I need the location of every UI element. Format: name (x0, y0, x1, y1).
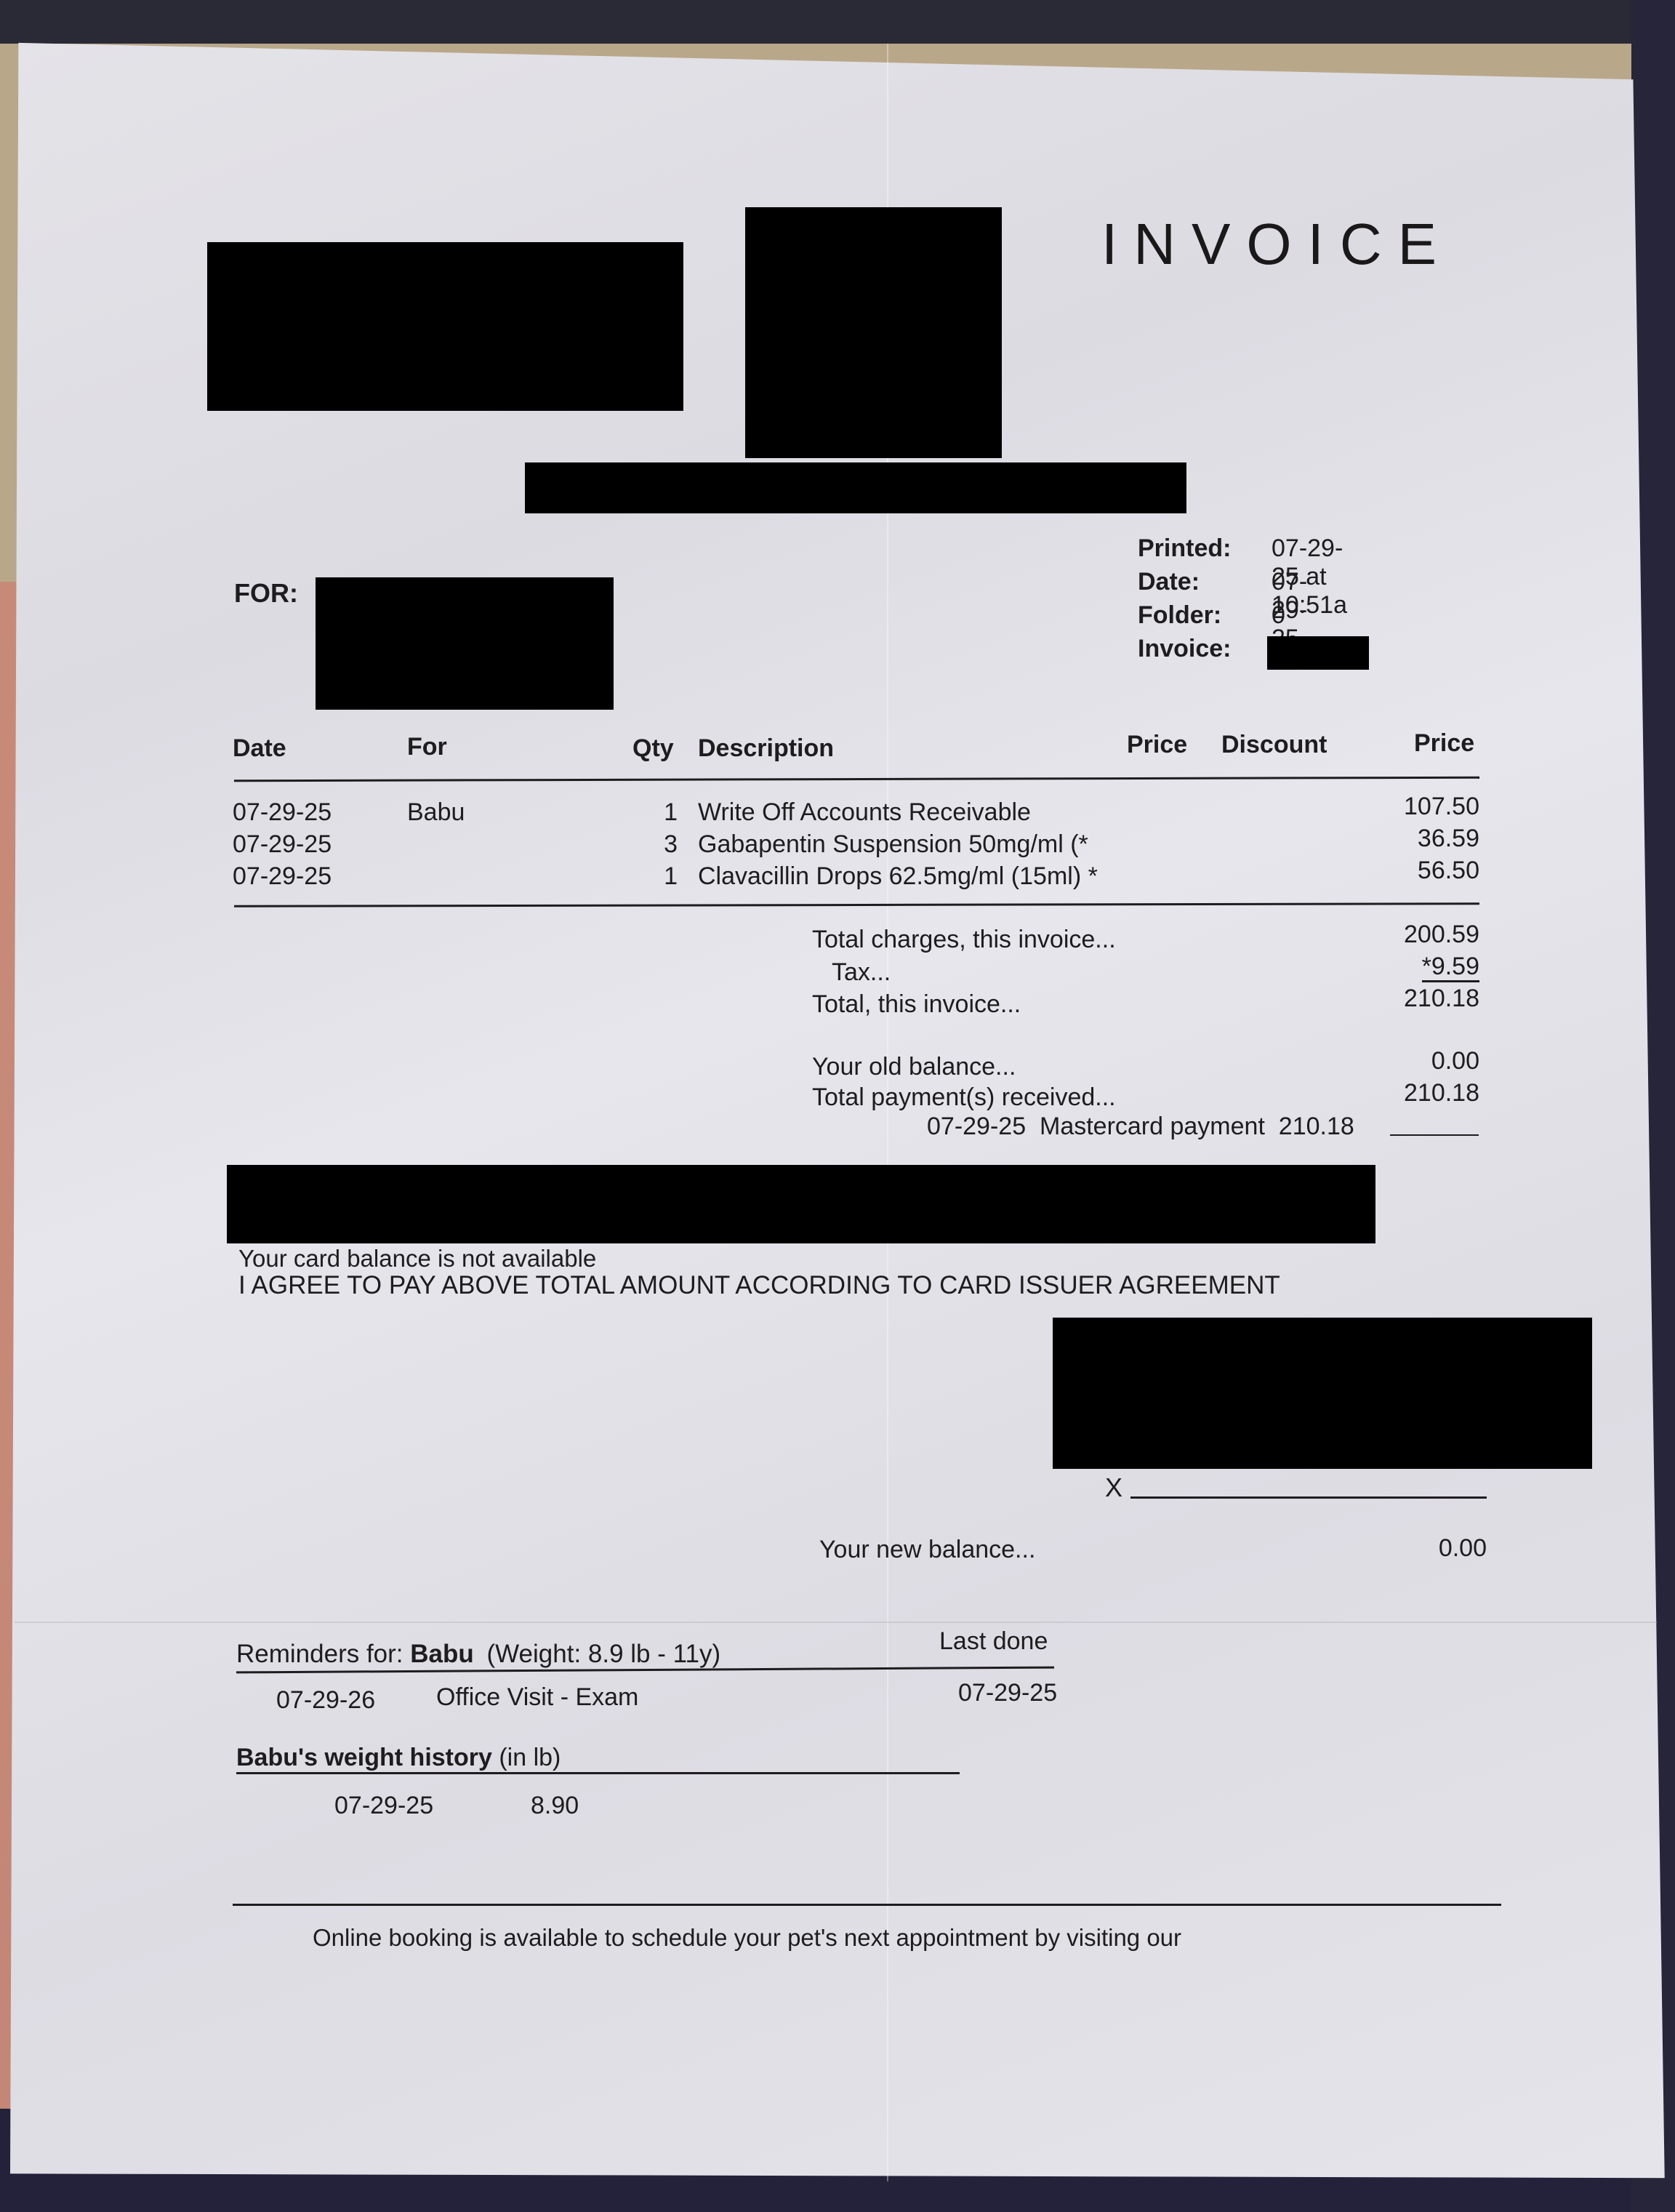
reminders-weight-info: (Weight: 8.9 lb - 11y) (487, 1640, 721, 1668)
col-description-header: Description (698, 734, 834, 763)
total-charges-label: Total charges, this invoice... (812, 926, 1116, 954)
redacted-clinic-info (745, 207, 1002, 458)
row-description: Clavacillin Drops 62.5mg/ml (15ml) * (698, 862, 1098, 891)
payment-line: 07-29-25 Mastercard payment 210.18 (927, 1113, 1354, 1141)
redacted-client (316, 577, 614, 710)
col-for-header: For (407, 733, 447, 761)
reminder-description: Office Visit - Exam (436, 1683, 638, 1712)
tax-value-wrap: *9.59 (1330, 953, 1479, 981)
folder-label: Folder: (1138, 601, 1221, 630)
col-date-header: Date (233, 734, 286, 763)
for-label: FOR: (234, 578, 298, 609)
col-qty-header: Qty (632, 734, 674, 763)
old-balance-label: Your old balance... (812, 1053, 1016, 1081)
redacted-logo (207, 242, 683, 411)
reminders-label: Reminders for: (236, 1640, 403, 1668)
tax-label: Tax... (832, 958, 891, 987)
reminders-header: Reminders for: Babu (Weight: 8.9 lb - 11… (236, 1640, 720, 1669)
signature-line (1130, 1496, 1487, 1499)
weight-history-header: Babu's weight history (in lb) (236, 1744, 561, 1772)
last-done-header: Last done (939, 1627, 1048, 1656)
folder-value: 0 (1272, 601, 1285, 630)
redacted-invoice-number (1267, 636, 1369, 670)
card-balance-notice: Your card balance is not available (238, 1245, 596, 1273)
row-date: 07-29-25 (233, 830, 332, 859)
payment-line-rule (1390, 1134, 1479, 1136)
redacted-signature (1053, 1318, 1592, 1469)
reminder-last-done: 07-29-25 (958, 1679, 1057, 1707)
row-qty: 1 (640, 798, 678, 827)
invoice-title: INVOICE (1101, 211, 1453, 278)
row-qty: 3 (640, 830, 678, 859)
new-balance-value: 0.00 (1338, 1534, 1487, 1563)
new-balance-label: Your new balance... (819, 1536, 1035, 1564)
col-discount-header: Discount (1221, 731, 1327, 759)
footer-rule (233, 1904, 1501, 1906)
footer-online-booking-note: Online booking is available to schedule … (313, 1924, 1181, 1952)
row-date: 07-29-25 (233, 798, 332, 827)
weight-history-unit: (in lb) (499, 1744, 561, 1771)
weight-entry-value: 8.90 (531, 1792, 579, 1820)
row-price: 107.50 (1330, 793, 1479, 821)
row-qty: 1 (640, 862, 678, 891)
col-total-price-header: Price (1414, 729, 1474, 758)
reminders-pet-name: Babu (410, 1640, 474, 1668)
signature-x-mark: X (1105, 1472, 1122, 1503)
total-invoice-label: Total, this invoice... (812, 990, 1021, 1019)
row-description: Gabapentin Suspension 50mg/ml (* (698, 830, 1088, 859)
weight-history-rule (236, 1772, 960, 1774)
reminder-due-date: 07-29-26 (276, 1686, 375, 1715)
total-charges-value: 200.59 (1330, 921, 1479, 949)
row-date: 07-29-25 (233, 862, 332, 891)
row-description: Write Off Accounts Receivable (698, 798, 1031, 827)
payments-value: 210.18 (1330, 1079, 1479, 1107)
col-price-header: Price (1127, 731, 1187, 759)
payments-label: Total payment(s) received... (812, 1083, 1116, 1112)
redacted-card-details (227, 1165, 1375, 1243)
weight-entry-date: 07-29-25 (334, 1792, 433, 1820)
invoice-label: Invoice: (1138, 635, 1231, 663)
paper-fold-horizontal (15, 1622, 1658, 1623)
date-label: Date: (1138, 568, 1200, 596)
redacted-address (525, 462, 1186, 513)
row-for: Babu (407, 798, 465, 827)
printed-label: Printed: (1138, 534, 1231, 563)
weight-history-title: Babu's weight history (236, 1744, 492, 1771)
row-price: 56.50 (1330, 857, 1479, 885)
card-agreement: I AGREE TO PAY ABOVE TOTAL AMOUNT ACCORD… (238, 1271, 1280, 1300)
old-balance-value: 0.00 (1330, 1047, 1479, 1075)
row-price: 36.59 (1330, 825, 1479, 853)
total-invoice-value: 210.18 (1330, 985, 1479, 1013)
tax-value: *9.59 (1422, 953, 1479, 982)
